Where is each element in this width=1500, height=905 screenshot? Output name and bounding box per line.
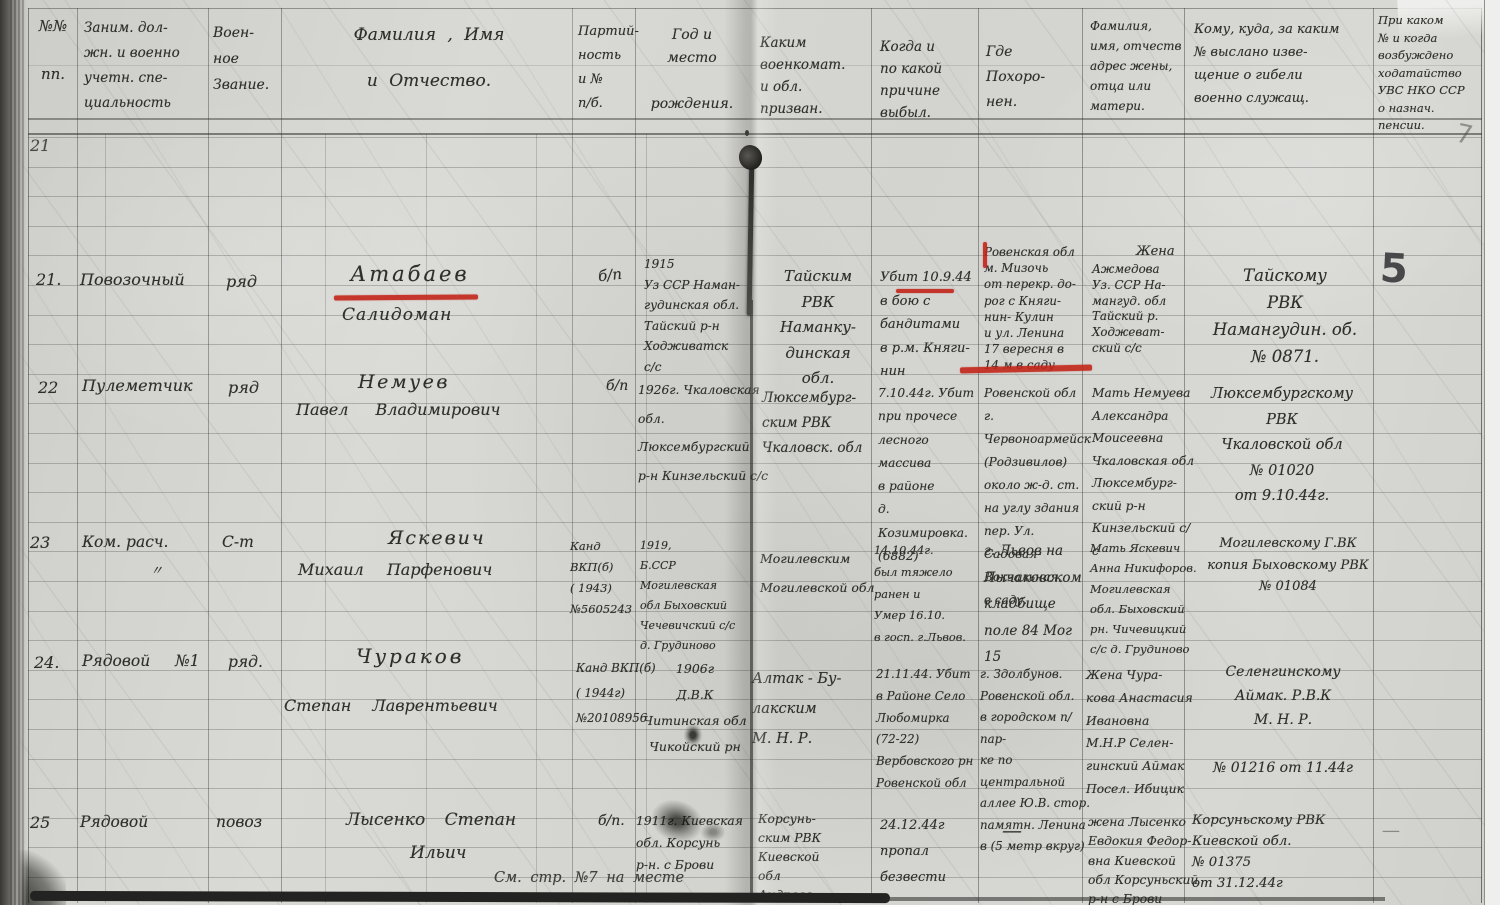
row-24-num: 24. <box>34 653 59 672</box>
row-21-drafted: Тайским РВК Наманку- динская обл. <box>764 264 872 392</box>
grid-hline <box>28 611 1482 612</box>
grid-hline-header <box>28 8 1482 9</box>
row-22-position: Пулеметчик <box>82 376 222 395</box>
grid-vline <box>208 8 209 903</box>
row-22-given-names: Павел Владимирович <box>296 400 586 419</box>
row-24-drafted: Алтак - Бу- лакским М. Н. Р. <box>752 664 874 754</box>
row-22-relative: Мать Немуева Александра Моисеевна Чкалов… <box>1092 382 1196 562</box>
row-22-drafted: Люксембург- ским РВК Чкаловск. обл <box>762 386 874 461</box>
grid-vline <box>77 8 78 903</box>
page-number: 21 <box>30 136 50 155</box>
row-25-birth: 1911г. Киевская обл. Корсунь р-н. с Бров… <box>636 810 758 876</box>
header-col-name: Фамилия , Имя и Отчество. <box>285 24 573 93</box>
header-col-num: №№ пп. <box>28 14 78 86</box>
row-23-position: Ком. расч. <box>82 533 212 551</box>
row-25-given-names: Ильич <box>410 843 466 863</box>
grid-hline <box>28 137 1482 138</box>
row-24-relative: Жена Чура- кова Анастасия Ивановна М.Н.Р… <box>1086 664 1196 801</box>
grid-vline <box>635 8 636 903</box>
header-col-drafted: Каким военкомат. и обл. призван. <box>760 32 870 120</box>
grid-vline <box>572 8 573 903</box>
row-25-party: б/п. <box>598 813 625 829</box>
grid-vline-body <box>426 134 427 903</box>
row-24-given-names: Степан Лаврентьевич <box>284 696 576 715</box>
row-23-burial: г. Львов на Лычаковском кладбище поле 84… <box>984 538 1090 671</box>
grid-hline <box>28 788 1482 789</box>
row-25-pension-dash: — <box>1382 820 1400 841</box>
row-24-position: Рядовой №1 <box>82 652 232 670</box>
row-22-notice: Люксембургскому РВК Чкаловской обл № 010… <box>1196 382 1368 510</box>
row-25-notice: Корсуньскому РВК Киевской обл. № 01375 о… <box>1192 810 1390 894</box>
row-22-party: б/п <box>606 378 628 394</box>
row-21-surname: Атабаев <box>340 262 480 286</box>
row-25-surname: Лысенко Степан <box>346 810 556 830</box>
row-25-relative: жена Лысенко Евдокия Федор- вна Киевской… <box>1088 813 1200 905</box>
header-col-notice: Кому, куда, за каким № выслано изве- щен… <box>1194 18 1370 110</box>
row-21-notice: Тайскому РВК Намангудин. об. № 0871. <box>1206 262 1364 370</box>
row-23-relative: Мать Яскевич Анна Никифоров. Могилевская… <box>1090 538 1198 660</box>
row-21-given-names: Салидоман <box>342 305 452 325</box>
red-underline-death-date <box>896 289 954 293</box>
ledger-page: №№ пп. Заним. дол- жн. и военно учетн. с… <box>0 0 1500 905</box>
row-23-num: 23 <box>30 533 50 552</box>
row-22-num: 22 <box>38 378 58 397</box>
grid-hline-header <box>28 133 1482 135</box>
grid-hline-header <box>28 118 1482 120</box>
row-25-drafted: Корсунь- ским РВК Киевской обл Андреев. <box>758 810 866 905</box>
header-col-casualty: Когда и по какой причине выбыл. <box>880 36 976 124</box>
grid-hline <box>28 167 1482 168</box>
row-25-num: 25 <box>30 813 50 832</box>
binding-dot <box>745 130 749 136</box>
row-23-surname: Яскевич <box>388 527 486 549</box>
header-col-pension: При каком № и когда возбуждено ходатайст… <box>1378 12 1480 135</box>
red-underline-surname <box>334 294 478 300</box>
row-21-party: б/п <box>597 265 623 285</box>
row-23-casualty: 14.10.44г. был тяжело ранен и Умер 16.10… <box>874 540 976 649</box>
row-22-birth: 1926г. Чкаловская обл. Люксембургский р-… <box>638 376 778 490</box>
row-21-relative: Ажмедова Уз. ССР На- мангуд. обл Тайский… <box>1092 262 1194 357</box>
left-binding-edge <box>0 0 27 905</box>
row-25-rank: повоз <box>216 813 262 831</box>
row-23-rank: С-т <box>222 533 254 551</box>
row-24-surname: Чураков <box>356 644 464 668</box>
page-stack-edges <box>10 0 26 905</box>
header-col-burial: Где Похоро- нен. <box>986 40 1080 115</box>
row-21-relative-label: Жена <box>1136 244 1175 259</box>
row-23-drafted: Могилевским Могилевской обл <box>760 544 880 602</box>
row-21-position: Повозочный <box>80 270 220 289</box>
row-21-num: 21. <box>36 270 61 289</box>
row-23-ditto-mark: 〃 <box>150 560 163 579</box>
row-21-burial: Ровенская обл м. Мизочь от перекр. до- р… <box>984 244 1092 374</box>
grid-vline-body <box>536 134 537 903</box>
header-col-birth: Год и место рождения. <box>642 24 742 116</box>
header-col-rank: Воен- ное Звание. <box>213 20 279 98</box>
header-col-relative: Фамилия, имя, отчеств адрес жены, отца и… <box>1090 16 1188 116</box>
row-24-notice: Селенгинскому Аймак. Р.В.К М. Н. Р. № 01… <box>1192 660 1374 780</box>
corner-shadow <box>0 850 66 905</box>
row-24-birth: 1906г Д.В.К Читинская обл Чикойский рн <box>642 656 748 760</box>
row-21-casualty: Убит 10.9.44 в бою с бандитами в р.м. Кн… <box>880 266 980 384</box>
grid-vline <box>1481 8 1482 903</box>
row-22-surname: Немуев <box>358 371 450 393</box>
row-25-burial-dash: — <box>1002 818 1022 842</box>
row-25-casualty: 24.12.44г пропал безвести <box>880 813 978 891</box>
header-col-party: Партий- ность и № п/б. <box>578 20 634 116</box>
row-21-rank: ряд <box>226 272 257 291</box>
row-24-burial: г. Здолбунов. Ровенской обл. в городском… <box>980 664 1092 858</box>
row-21-birth: 1915 Уз ССР Наман- гудинская обл. Тайски… <box>644 254 748 377</box>
pencil-count-mark: 5 <box>1379 245 1409 292</box>
grid-hline <box>28 374 1482 375</box>
row-23-given-names: Михаил Парфенович <box>298 560 578 579</box>
row-22-rank: ряд <box>228 378 259 397</box>
grid-vline <box>281 8 282 903</box>
grid-hline <box>28 226 1482 227</box>
grid-hline <box>28 196 1482 197</box>
right-paper-edge <box>1484 0 1500 905</box>
row-25-position: Рядовой <box>80 813 200 831</box>
grid-vline-body <box>646 134 647 903</box>
grid-vline-body <box>105 134 106 903</box>
grid-hline <box>28 640 1482 641</box>
row-23-notice: Могилевскому Г.ВК копия Быховскому РВК №… <box>1194 533 1382 598</box>
row-23-birth: 1919, Б.ССР Могилевская обл Быховский Че… <box>640 536 750 656</box>
header-col-position: Заним. дол- жн. и военно учетн. спе- циа… <box>84 16 210 116</box>
row-24-casualty: 21.11.44. Убит в Районе Село Любомирка (… <box>876 664 980 795</box>
grid-vline-body <box>325 134 326 903</box>
red-vertical-tick <box>983 242 987 268</box>
grid-hline <box>28 522 1482 523</box>
binding-knot <box>736 142 765 172</box>
row-23-party: Канд ВКП(б) ( 1943) №5605243 <box>570 536 646 620</box>
row-24-rank: ряд. <box>228 653 263 671</box>
grid-hline <box>28 255 1482 256</box>
